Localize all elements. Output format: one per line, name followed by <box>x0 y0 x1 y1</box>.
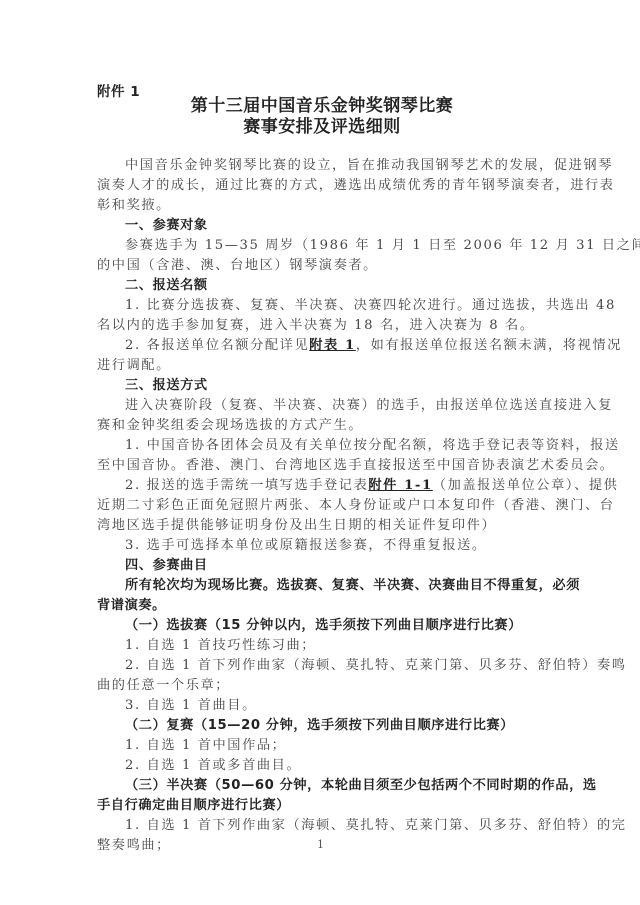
paragraph-line: 的中国（含港、澳、台地区）钢琴演奏者。 <box>97 257 378 275</box>
subsection-heading: 手自行确定曲目顺序进行比赛） <box>97 797 290 815</box>
list-item: 3. 自选 1 首曲目。 <box>125 697 257 715</box>
intro-line: 彰和奖掖。 <box>97 197 171 215</box>
paragraph-line: 参赛选手为 15—35 周岁（1986 年 1 月 1 日至 2006 年 12… <box>125 237 640 255</box>
list-item: 1. 自选 1 首中国作品； <box>125 737 286 755</box>
paragraph-line: 名以内的选手参加复赛，进入半决赛为 18 名，进入决赛为 8 名。 <box>97 317 535 335</box>
page-subtitle: 赛事安排及评选细则 <box>97 118 547 136</box>
paragraph-line: 背谱演奏。 <box>97 597 166 615</box>
subsection-heading: （三）半决赛（50—60 分钟，本轮曲目须至少包括两个不同时期的作品，选 <box>125 777 597 795</box>
paragraph-line: 1. 中国音协各团体会员及有关单位按分配名额，将选手登记表等资料，报送 <box>125 437 620 455</box>
page-title: 第十三届中国音乐金钟奖钢琴比赛 <box>97 97 547 115</box>
paragraph-line: 1. 比赛分选拔赛、复赛、半决赛、决赛四轮次进行。通过选拔，共选出 48 <box>125 297 616 315</box>
paragraph-line: 所有轮次均为现场比赛。选拔赛、复赛、半决赛、决赛曲目不得重复，必须 <box>125 577 580 595</box>
paragraph-line: 3. 选手可选择本单位或原籍报送参赛，不得重复报送。 <box>125 537 487 555</box>
intro-line: 中国音乐金钟奖钢琴比赛的设立，旨在推动我国钢琴艺术的发展，促进钢琴 <box>125 157 613 175</box>
paragraph-line: 至中国音协。香港、澳门、台湾地区选手直接报送至中国音协表演艺术委员会。 <box>97 457 615 475</box>
paragraph-line: 进行调配。 <box>97 357 171 375</box>
paragraph-line: 近期二寸彩色正面免冠照片两张、本人身份证或户口本复印件（香港、澳门、台 <box>97 497 615 515</box>
subsection-heading: （二）复赛（15—20 分钟，选手须按下列曲目顺序进行比赛） <box>125 717 514 735</box>
paragraph-line: 2. 报送的选手需统一填写选手登记表附件 1-1（加盖报送单位公章）、提供 <box>125 477 618 495</box>
paragraph-line: 进入决赛阶段（复赛、半决赛、决赛）的选手，由报送单位选送直接进入复 <box>125 397 613 415</box>
list-item: 2. 自选 1 首下列作曲家（海顿、莫扎特、克莱门第、贝多芬、舒伯特）奏鸣 <box>125 657 627 675</box>
intro-line: 演奏人才的成长，通过比赛的方式，遴选出成绩优秀的青年钢琴演奏者，进行表 <box>97 177 615 195</box>
page-number: 1 <box>317 838 324 851</box>
section-heading: 三、报送方式 <box>125 377 208 395</box>
attachment-link[interactable]: 附件 1-1 <box>368 478 432 493</box>
section-heading: 四、参赛曲目 <box>125 557 208 575</box>
list-item: 整奏鸣曲； <box>97 837 171 855</box>
appendix-link[interactable]: 附表 1 <box>309 338 356 353</box>
paragraph-line: 赛和金钟奖组委会现场选拔的方式产生。 <box>97 417 363 435</box>
section-heading: 二、报送名额 <box>125 277 208 295</box>
subsection-heading: （一）选拔赛（15 分钟以内，选手须按下列曲目顺序进行比赛） <box>125 617 522 635</box>
list-item: 2. 自选 1 首或多首曲目。 <box>125 757 301 775</box>
list-item: 1. 自选 1 首下列作曲家（海顿、莫扎特、克莱门第、贝多芬、舒伯特）的完 <box>125 817 627 835</box>
paragraph-line: 湾地区选手提供能够证明身份及出生日期的相关证件复印件） <box>97 517 496 535</box>
paragraph-line: 2. 各报送单位名额分配详见附表 1，如有报送单位报送名额未满，将视情况 <box>125 337 622 355</box>
list-item: 1. 自选 1 首技巧性练习曲； <box>125 637 316 655</box>
list-item: 曲的任意一个乐章； <box>97 677 230 695</box>
section-heading: 一、参赛对象 <box>125 217 208 235</box>
